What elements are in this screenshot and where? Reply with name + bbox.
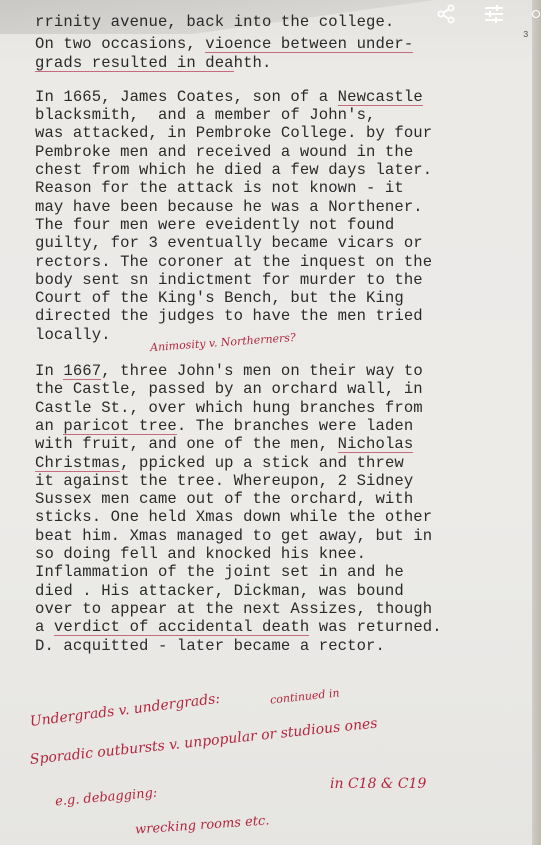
text-line: over to appear at the next Assizes, thou… <box>35 600 535 618</box>
text-line: Inflammation of the joint set in and he <box>35 563 535 581</box>
text-line: Sussex men came out of the orchard, with <box>35 490 535 508</box>
paragraph: In 1667, three John's men on their way t… <box>35 362 535 655</box>
text-line: In 1665, James Coates, son of a Newcastl… <box>35 88 535 106</box>
underline-mark: paricot tree <box>63 417 177 435</box>
paragraph-gap <box>35 344 535 362</box>
text-line: Court of the King's Bench, but the King <box>35 289 535 307</box>
text-line: died . His attacker, Dickman, was bound <box>35 582 535 600</box>
underline-mark: verdict of accidental death <box>54 618 309 636</box>
text-line: so doing fell and knocked his knee. <box>35 545 535 563</box>
paragraph: On two occasions, vioence between under-… <box>35 35 535 72</box>
annotation-century: in C18 & C19 <box>330 776 426 792</box>
text-line: The four men were eveidently not found <box>35 216 535 234</box>
paragraph: rrinity avenue, back into the college. <box>35 13 535 31</box>
underline-mark: grads resulted in dea <box>35 54 234 72</box>
text-line: beat him. Xmas managed to get away, but … <box>35 527 535 545</box>
text-line: it against the tree. Whereupon, 2 Sidney <box>35 472 535 490</box>
text-line: Castle St., over which hung branches fro… <box>35 399 535 417</box>
underline-mark: Newcastle <box>338 88 423 106</box>
underline-mark: Nicholas <box>338 435 414 453</box>
text-line: directed the judges to have the men trie… <box>35 307 535 325</box>
text-line: Christmas, ppicked up a stick and threw <box>35 454 535 472</box>
text-line: rectors. The coroner at the inquest on t… <box>35 253 535 271</box>
text-line: On two occasions, vioence between under- <box>35 35 535 53</box>
text-line: Pembroke men and received a wound in the <box>35 143 535 161</box>
text-line: the Castle, passed by an orchard wall, i… <box>35 380 535 398</box>
text-line: with fruit, and one of the men, Nicholas <box>35 435 535 453</box>
text-line: chest from which he died a few days late… <box>35 161 535 179</box>
text-line: D. acquitted - later became a rector. <box>35 637 535 655</box>
paragraph: In 1665, James Coates, son of a Newcastl… <box>35 88 535 344</box>
text-line: was attacked, in Pembroke College. by fo… <box>35 124 535 142</box>
underline-mark: vioence between under- <box>205 35 413 53</box>
text-line: grads resulted in deahth. <box>35 54 535 72</box>
underline-mark: 1667 <box>63 362 101 380</box>
text-line: blacksmith, and a member of John's, <box>35 106 535 124</box>
underline-mark: Christmas <box>35 454 120 472</box>
text-line: may have been because he was a Northener… <box>35 198 535 216</box>
text-line: an paricot tree. The branches were laden <box>35 417 535 435</box>
text-line: a verdict of accidental death was return… <box>35 618 535 636</box>
paragraph-gap <box>35 72 535 88</box>
text-line: In 1667, three John's men on their way t… <box>35 362 535 380</box>
text-line: sticks. One held Xmas down while the oth… <box>35 508 535 526</box>
text-line: body sent sn indictment for murder to th… <box>35 271 535 289</box>
text-line: guilty, for 3 eventually became vicars o… <box>35 234 535 252</box>
text-line: Reason for the attack is not known - it <box>35 179 535 197</box>
text-line: rrinity avenue, back into the college. <box>35 13 535 31</box>
